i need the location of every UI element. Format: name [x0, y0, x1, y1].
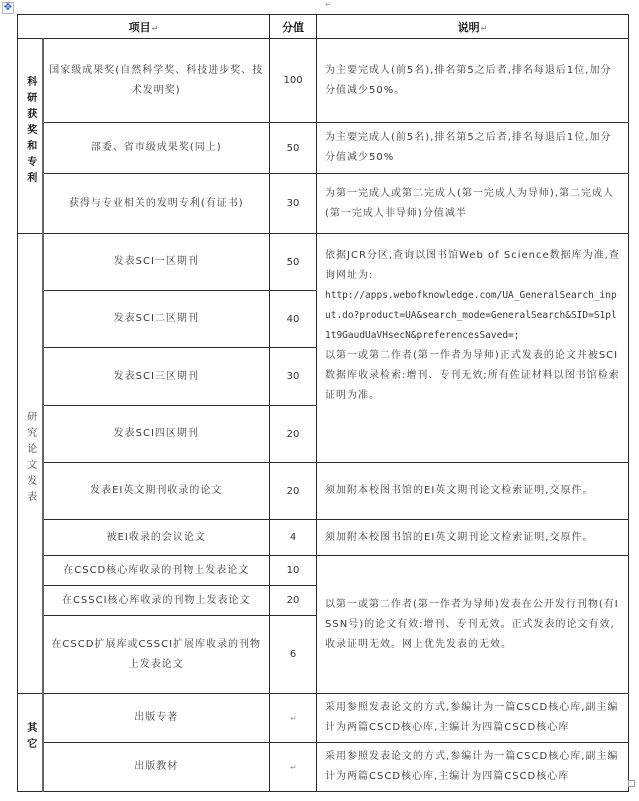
category-label: 研究论文发表 — [19, 411, 41, 507]
table-row: 部委、省市级成果奖(同上) 50 为主要完成人(前5名),排名第5之后者,排名每… — [18, 123, 629, 174]
paragraph-mark-icon: ↵ — [325, 0, 332, 9]
score-cell[interactable]: ↵ — [270, 743, 317, 792]
table-row: 出版教材 ↵ 采用参照发表论文的方式,参编计为一篇CSCD核心库,副主编计为两篇… — [18, 743, 629, 792]
table-row: 在CSCD核心库收录的刊物上发表论文 10 以第一或第二作者(第一作者为导师)发… — [18, 556, 629, 586]
table-resize-handle[interactable] — [628, 780, 635, 787]
desc-cell[interactable]: 为主要完成人(前5名),排名第5之后者,排名每退后1位,加分分值减少50% — [317, 123, 629, 174]
sci-desc-cell[interactable]: 依据JCR分区,查询以图书馆Web of Science数据库为准,查询网址为:… — [317, 234, 629, 463]
sci-query-url[interactable]: http://apps.webofknowledge.com/UA_Genera… — [325, 286, 620, 346]
item-cell[interactable]: 出版专著 — [43, 694, 270, 743]
desc-cell[interactable]: 为第一完成人或第二完成人(第一完成人为导师),第二完成人(第一完成人非导师)分值… — [317, 174, 629, 234]
score-cell[interactable]: 6 — [270, 616, 317, 694]
header-score: 分值 — [270, 15, 317, 39]
item-cell[interactable]: 发表EI英文期刊收录的论文 — [43, 463, 270, 520]
table-row: 研究论文发表 发表SCI一区期刊 50 依据JCR分区,查询以图书馆Web of… — [18, 234, 629, 291]
table-row: 其它 出版专著 ↵ 采用参照发表论文的方式,参编计为一篇CSCD核心库,副主编计… — [18, 694, 629, 743]
item-cell[interactable]: 国家级成果奖(自然科学奖、科技进步奖、技术发明奖) — [43, 39, 270, 123]
score-cell[interactable]: 4 — [270, 520, 317, 556]
score-cell[interactable]: ↵ — [270, 694, 317, 743]
paragraph-mark-icon: ↵ — [290, 763, 297, 772]
score-cell[interactable]: 20 — [270, 586, 317, 616]
item-cell[interactable]: 在CSSCI核心库收录的刊物上发表论文 — [43, 586, 270, 616]
table-row: 发表EI英文期刊收录的论文 20 须加附本校图书馆的EI英文期刊论文检索证明,交… — [18, 463, 629, 520]
item-cell[interactable]: 发表SCI二区期刊 — [43, 291, 270, 348]
table-row: 获得与专业相关的发明专利(有证书) 30 为第一完成人或第二完成人(第一完成人为… — [18, 174, 629, 234]
item-cell[interactable]: 发表SCI四区期刊 — [43, 406, 270, 463]
score-cell[interactable]: 30 — [270, 174, 317, 234]
category-cell: 科研获奖和专利 — [18, 39, 43, 234]
item-cell[interactable]: 在CSCD扩展库或CSSCI扩展库收录的刊物上发表论文 — [43, 616, 270, 694]
score-cell[interactable]: 30 — [270, 348, 317, 406]
desc-cell[interactable]: 采用参照发表论文的方式,参编计为一篇CSCD核心库,副主编计为两篇CSCD核心库… — [317, 694, 629, 743]
score-cell[interactable]: 50 — [270, 123, 317, 174]
category-label: 其它 — [19, 722, 41, 754]
score-cell[interactable]: 50 — [270, 234, 317, 291]
score-cell[interactable]: 20 — [270, 406, 317, 463]
sci-desc-rule: 以第一或第二作者(第一作者为导师)正式发表的论文并被SCI数据库收录检索:增刊、… — [325, 346, 620, 406]
item-cell[interactable]: 出版教材 — [43, 743, 270, 792]
header-item: 项目↵ — [18, 15, 270, 39]
chinese-journal-desc-cell[interactable]: 以第一或第二作者(第一作者为导师)发表在公开发行刊物(有ISSN号)的论文有效:… — [317, 556, 629, 694]
item-cell[interactable]: 被EI收录的会议论文 — [43, 520, 270, 556]
desc-cell[interactable]: 须加附本校图书馆的EI英文期刊论文检索证明,交原件。 — [317, 520, 629, 556]
desc-cell[interactable]: 为主要完成人(前5名),排名第5之后者,排名每退后1位,加分分值减少50%。 — [317, 39, 629, 123]
item-cell[interactable]: 在CSCD核心库收录的刊物上发表论文 — [43, 556, 270, 586]
header-row: 项目↵ 分值 说明↵ — [18, 15, 629, 39]
paragraph-mark-icon: ↵ — [290, 714, 297, 723]
sci-desc-intro: 依据JCR分区,查询以图书馆Web of Science数据库为准,查询网址为: — [325, 246, 620, 286]
desc-cell[interactable]: 采用参照发表论文的方式,参编计为一篇CSCD核心库,副主编计为两篇CSCD核心库… — [317, 743, 629, 792]
score-cell[interactable]: 10 — [270, 556, 317, 586]
table-row: 科研获奖和专利 国家级成果奖(自然科学奖、科技进步奖、技术发明奖) 100 为主… — [18, 39, 629, 123]
scoring-table: 项目↵ 分值 说明↵ 科研获奖和专利 国家级成果奖(自然科学奖、科技进步奖、技术… — [17, 14, 629, 792]
item-cell[interactable]: 发表SCI一区期刊 — [43, 234, 270, 291]
header-desc: 说明↵ — [317, 15, 629, 39]
score-cell[interactable]: 100 — [270, 39, 317, 123]
score-cell[interactable]: 40 — [270, 291, 317, 348]
paragraph-mark-icon: ↵ — [481, 24, 488, 33]
category-cell: 其它 — [18, 694, 43, 792]
table-row: 被EI收录的会议论文 4 须加附本校图书馆的EI英文期刊论文检索证明,交原件。 — [18, 520, 629, 556]
score-cell[interactable]: 20 — [270, 463, 317, 520]
item-cell[interactable]: 部委、省市级成果奖(同上) — [43, 123, 270, 174]
category-cell: 研究论文发表 — [18, 234, 43, 694]
item-cell[interactable]: 发表SCI三区期刊 — [43, 348, 270, 406]
desc-cell[interactable]: 须加附本校图书馆的EI英文期刊论文检索证明,交原件。 — [317, 463, 629, 520]
category-label: 科研获奖和专利 — [19, 76, 41, 188]
item-cell[interactable]: 获得与专业相关的发明专利(有证书) — [43, 174, 270, 234]
table-move-handle-icon[interactable]: ✥ — [2, 2, 14, 14]
paragraph-mark-icon: ↵ — [152, 24, 159, 33]
